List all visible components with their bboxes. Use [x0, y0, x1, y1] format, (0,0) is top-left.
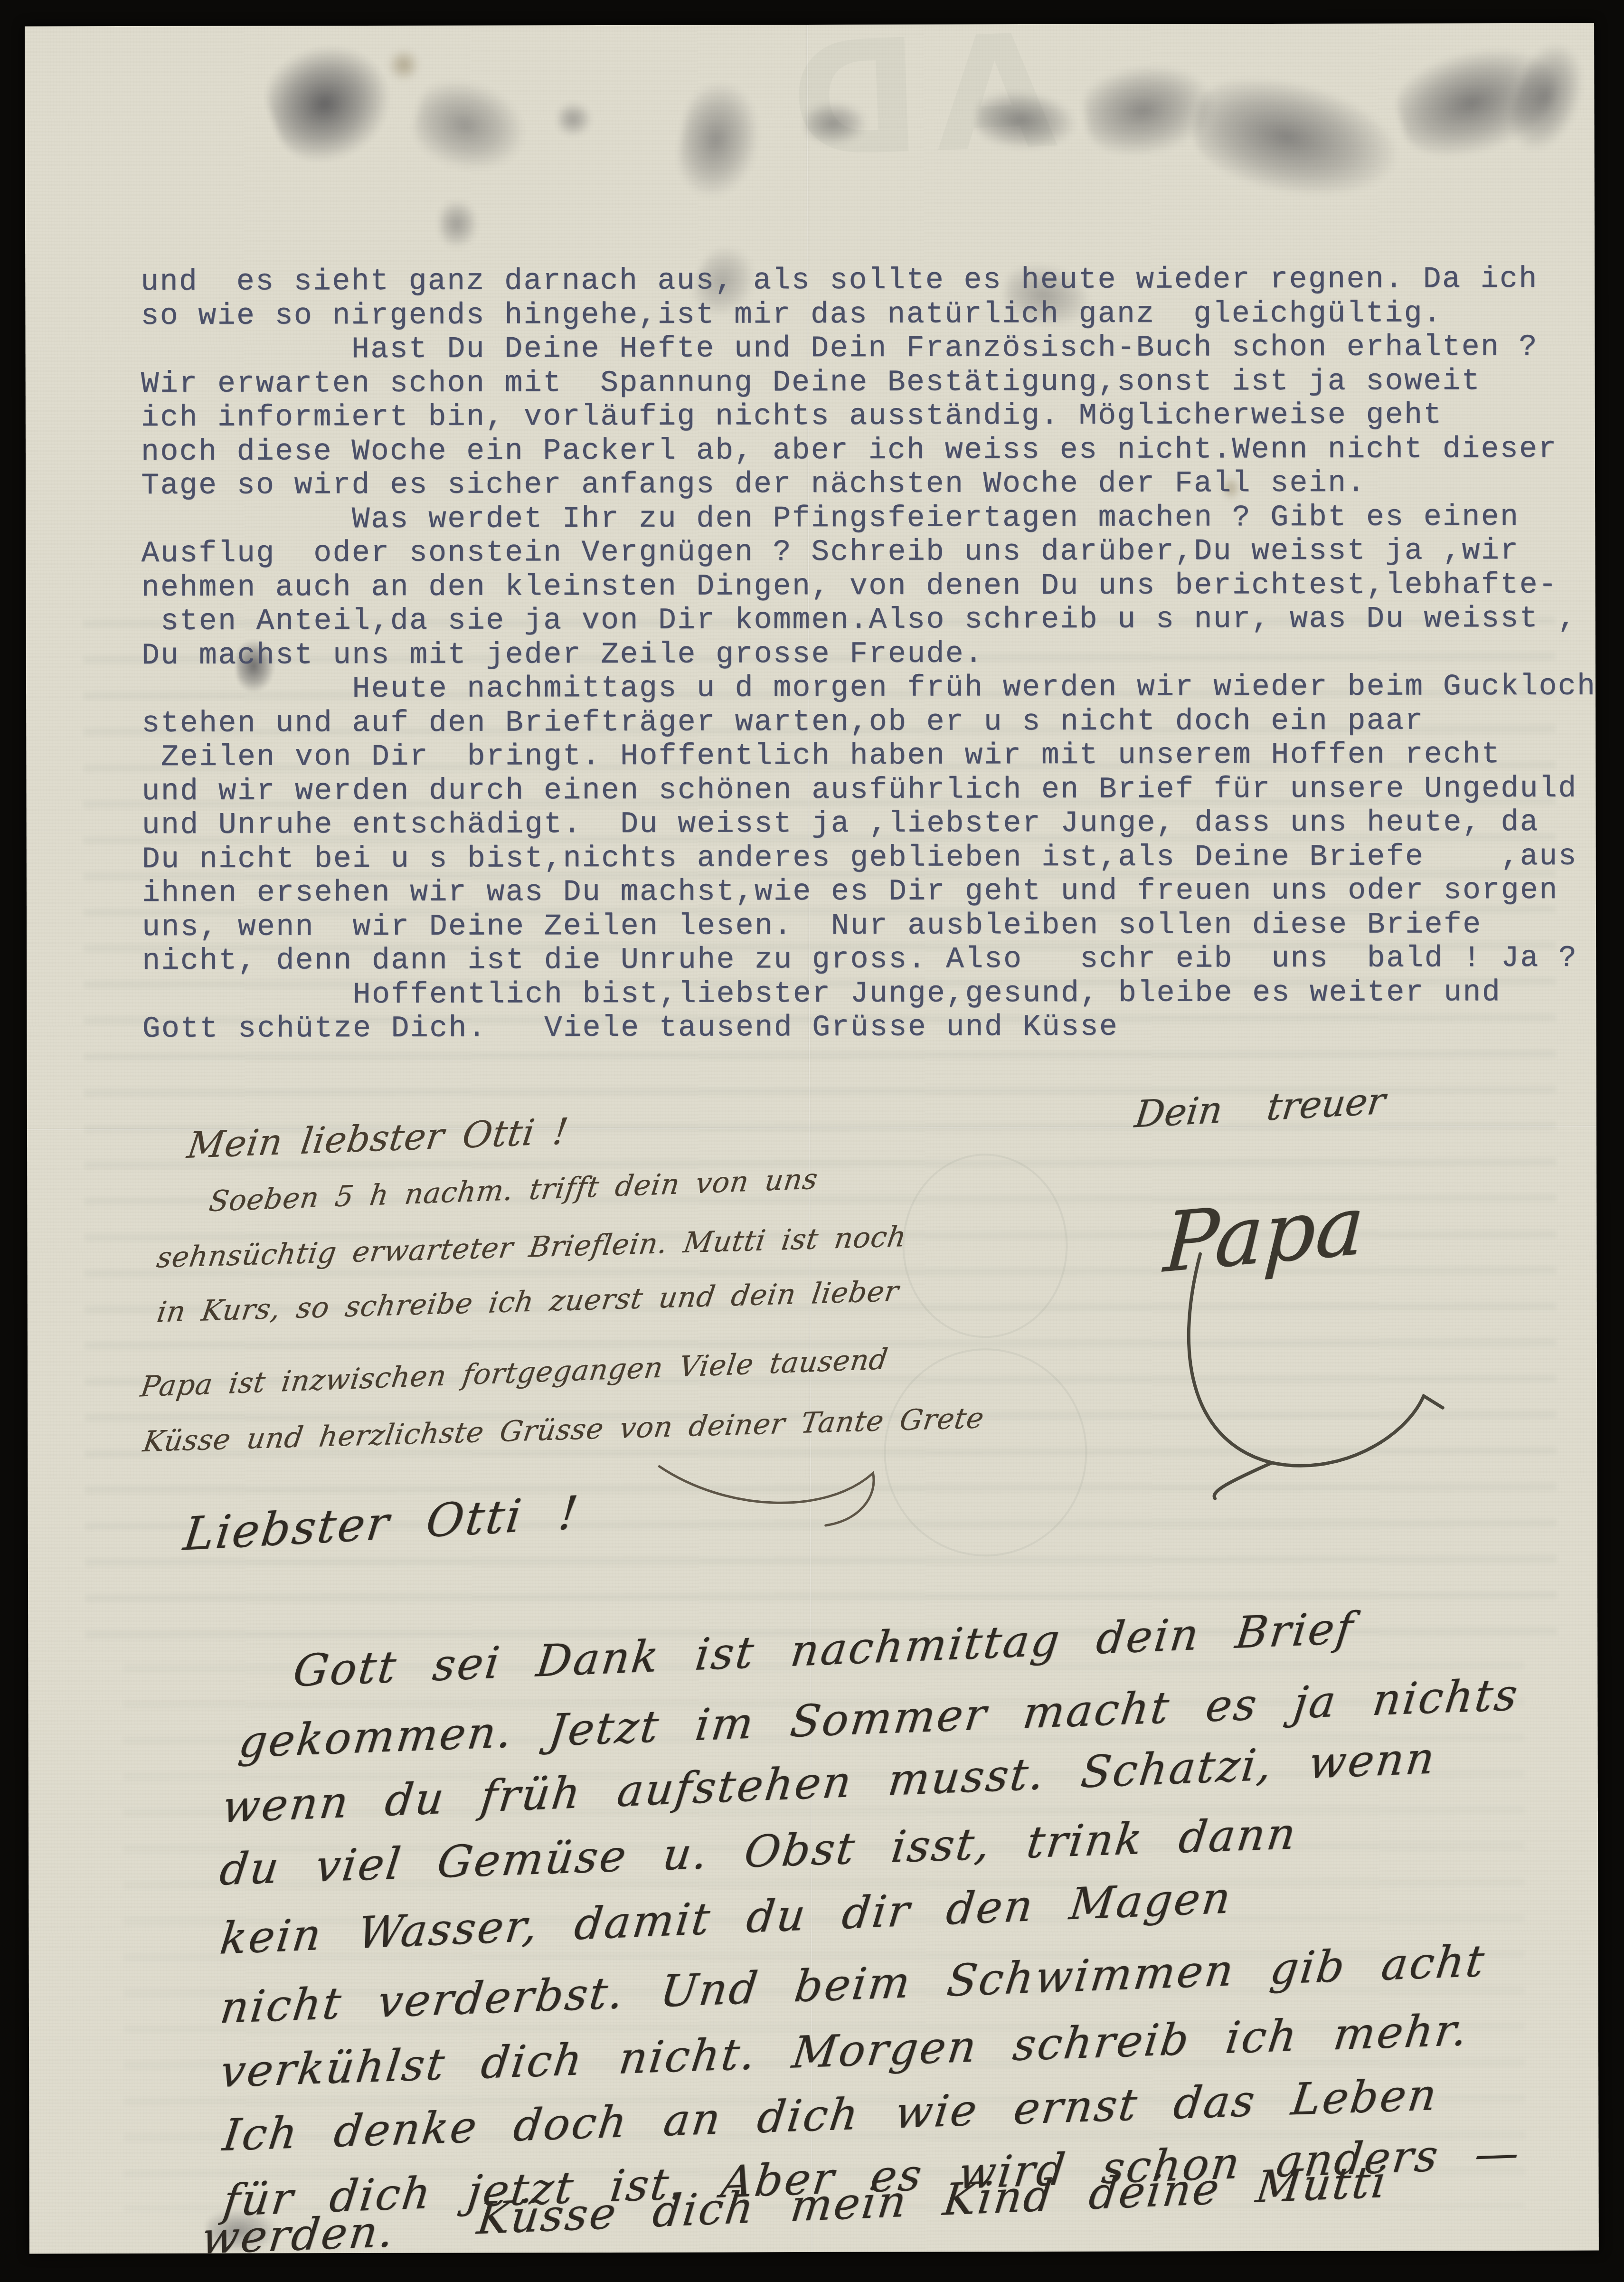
typed-line: Wir erwarten schon mit Spannung Deine Be…: [141, 364, 1570, 401]
ink-smudge: [440, 200, 478, 247]
bleedthrough-stamp-ring: [884, 1348, 1087, 1557]
ink-smudge: [672, 77, 767, 203]
ink-smudge: [974, 88, 1078, 153]
mutti-note-closing-word: werden.: [198, 2206, 398, 2264]
typed-line: Ausflug oder sonstein Vergnügen ? Schrei…: [141, 534, 1570, 571]
grete-note-salutation: Mein liebster Otti !: [185, 1110, 571, 1166]
typed-line: ich informiert bin, vorläufig nichts aus…: [141, 398, 1570, 435]
papa-signature-closing: Dein treuer: [1133, 1079, 1388, 1136]
typed-line: Was werdet Ihr zu den Pfingsfeiertagen m…: [141, 500, 1570, 537]
grete-note-line: Küsse und herzlichste Grüsse von deiner …: [141, 1401, 986, 1458]
typed-line: uns, wenn wir Deine Zeilen lesen. Nur au…: [142, 907, 1571, 944]
grete-note-line: sehnsüchtig erwarteter Brieflein. Mutti …: [155, 1220, 909, 1275]
letter-paper: AD und es sieht ganz darnach aus, als so…: [25, 23, 1599, 2254]
stain-spot: [387, 48, 420, 82]
ink-smudge: [558, 103, 591, 136]
typed-line: noch diese Woche ein Packerl ab, aber ic…: [141, 432, 1570, 469]
grete-note-line: Papa ist inzwischen fortgegangen Viele t…: [139, 1343, 890, 1404]
ink-smudge: [255, 29, 406, 175]
typed-line: und Unruhe entschädigt. Du weisst ja ,li…: [142, 805, 1571, 843]
papa-signature-name: Papa: [1161, 1177, 1367, 1291]
typed-line: Zeilen von Dir bringt. Hoffentlich haben…: [142, 738, 1571, 775]
scanned-letter-page: AD und es sieht ganz darnach aus, als so…: [0, 0, 1624, 2282]
typed-line: Hast Du Deine Hefte und Dein Französisch…: [141, 330, 1570, 367]
typed-line: Du nicht bei u s bist,nichts anderes geb…: [142, 839, 1571, 876]
typed-line: sten Anteil,da sie ja von Dir kommen.Als…: [142, 602, 1571, 639]
typed-line: stehen und auf den Briefträger warten,ob…: [142, 703, 1571, 740]
grete-signature-flourish: [654, 1454, 892, 1540]
typed-line: nicht, denn dann ist die Unruhe zu gross…: [142, 941, 1571, 978]
typed-line: Tage so wird es sicher anfangs der nächs…: [141, 466, 1570, 503]
typed-line: Hoffentlich bist,liebster Junge,gesund, …: [142, 975, 1571, 1012]
typed-line: Du machst uns mit jeder Zeile grosse Fre…: [142, 635, 1571, 672]
bleedthrough-stamp-ring: [902, 1154, 1068, 1338]
typed-line: so wie so nirgends hingehe,ist mir das n…: [141, 296, 1570, 333]
mutti-note-salutation: Liebster Otti !: [181, 1486, 583, 1561]
typed-line: ihnen ersehen wir was Du machst,wie es D…: [142, 873, 1571, 910]
typed-line: nehmen auch an den kleinsten Dingen, von…: [141, 568, 1570, 605]
ink-smudge: [1186, 65, 1408, 214]
typed-line: Heute nachmittags u d morgen früh werden…: [142, 670, 1571, 707]
typewritten-letter-body: und es sieht ganz darnach aus, als sollt…: [141, 262, 1571, 1046]
typed-line: und wir werden durch einen schönen ausfü…: [142, 771, 1571, 808]
typed-line: und es sieht ganz darnach aus, als sollt…: [141, 262, 1570, 299]
grete-note-line: in Kurs, so schreibe ich zuerst und dein…: [155, 1275, 901, 1329]
grete-note-line: Soeben 5 h nachm. trifft dein von uns: [207, 1162, 820, 1218]
ink-smudge: [406, 71, 534, 182]
typed-line: Gott schütze Dich. Viele tausend Grüsse …: [142, 1009, 1571, 1046]
ink-smudge: [805, 102, 867, 145]
